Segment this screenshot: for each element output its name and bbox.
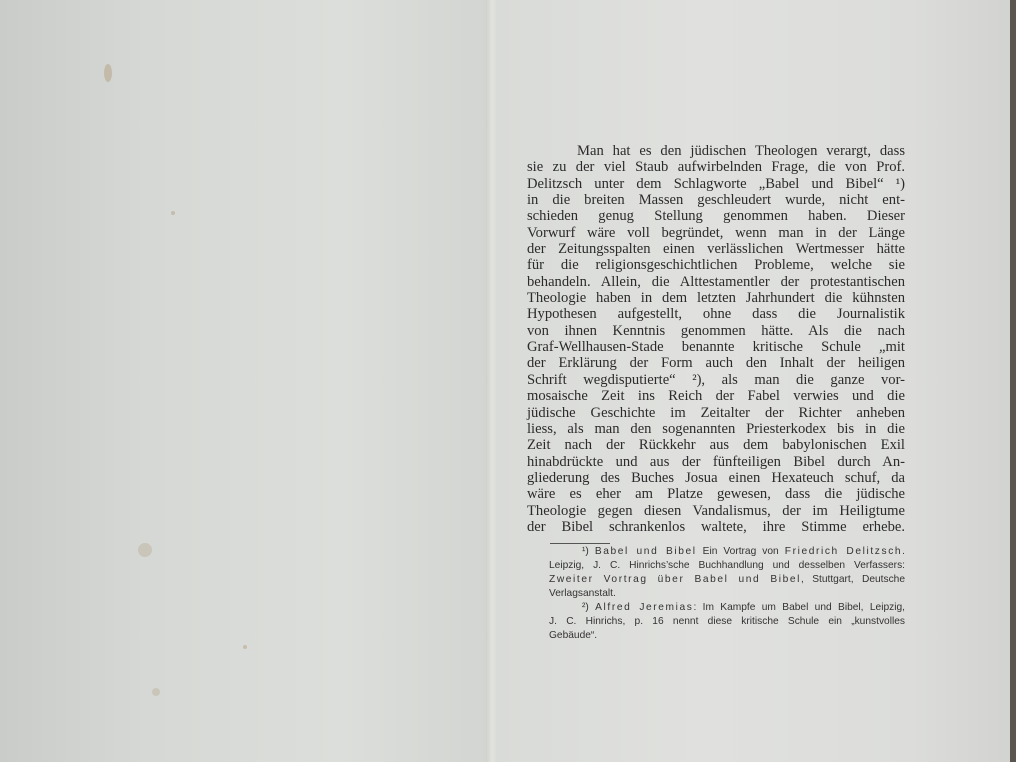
body-line: behandeln. Allein, die Alttestamentler d…: [527, 274, 905, 290]
body-line: gliederung des Buches Josua einen Hexate…: [527, 470, 905, 486]
footnote-text: : Im Kampfe um Babel und Bibel, Leipzig,: [693, 602, 905, 613]
body-text: Man hat es den jüdischen Theologen verar…: [527, 143, 905, 535]
body-line: Delitzsch unter dem Schlagworte „Babel u…: [527, 176, 905, 192]
footnote-text: Ein Vortrag von: [697, 546, 785, 557]
body-line: wäre es eher am Platze gewesen, dass die…: [527, 486, 905, 502]
foxing-spot: [171, 211, 175, 215]
book-spread: ​ Man hat es den jüdischen Theologen ver…: [0, 0, 1016, 762]
foxing-spot: [104, 64, 112, 82]
footnote-author: Friedrich Delitzsch: [785, 546, 902, 557]
page-edge-shadow: [1010, 0, 1016, 762]
footnote-2-line: Gebäude“.: [549, 629, 905, 643]
body-line: schieden genug Stellung genommen haben. …: [527, 208, 905, 224]
footnote-1-line: Verlagsanstalt.: [549, 587, 905, 601]
footnote-text: .: [902, 546, 905, 557]
foxing-spot: [243, 645, 247, 649]
footnote-1-line: Leipzig, J. C. Hinrichs’sche Buchhandlun…: [549, 559, 905, 573]
footnote-marker: ¹): [582, 546, 589, 557]
body-line: sie zu der viel Staub aufwirbelnden Frag…: [527, 159, 905, 175]
footnote-author: Alfred Jeremias: [595, 602, 693, 613]
body-line: für die religionsgeschichtlichen Problem…: [527, 257, 905, 273]
body-line: Hypothesen aufgestellt, ohne dass die Jo…: [527, 306, 905, 322]
footnote-title: Babel und Bibel: [595, 546, 697, 557]
body-line: mosaische Zeit ins Reich der Fabel verwi…: [527, 388, 905, 404]
footnote-1-line: Zweiter Vortrag über Babel und Bibel, St…: [549, 573, 905, 587]
foxing-spot: [138, 543, 152, 557]
body-line: liess, als man den sogenannten Priesterk…: [527, 421, 905, 437]
body-line: Vorwurf wäre voll begründet, wenn man in…: [527, 225, 905, 241]
footnote-1-line: ¹) Babel und Bibel Ein Vortrag von Fried…: [549, 545, 905, 559]
footnote-rule: [550, 543, 610, 544]
body-line: Man hat es den jüdischen Theologen verar…: [527, 143, 905, 159]
footnote-title: Zweiter Vortrag über Babel und Bibel: [549, 574, 801, 585]
footnotes: ¹) Babel und Bibel Ein Vortrag von Fried…: [549, 545, 905, 643]
body-line: der Erklärung der Form auch den Inhalt d…: [527, 355, 905, 371]
body-line: in die breiten Massen geschleudert wurde…: [527, 192, 905, 208]
body-line: der Zeitungsspalten einen verlässlichen …: [527, 241, 905, 257]
body-line: Theologie haben in dem letzten Jahrhunde…: [527, 290, 905, 306]
body-line: hinabdrückte und aus der fünfteiligen Bi…: [527, 454, 905, 470]
footnote-marker: ²): [582, 602, 589, 613]
footnote-2-line: ²) Alfred Jeremias: Im Kampfe um Babel u…: [549, 601, 905, 615]
body-line: Theologie gegen diesen Vandalismus, der …: [527, 503, 905, 519]
body-line: von ihnen Kenntnis genommen hätte. Als d…: [527, 323, 905, 339]
body-line: Schrift wegdisputierte“ ²), als man die …: [527, 372, 905, 388]
foxing-spot: [152, 688, 160, 696]
body-line: jüdische Geschichte im Zeitalter der Ric…: [527, 405, 905, 421]
footnote-text: , Stuttgart, Deutsche: [801, 574, 905, 585]
body-line: Graf-Wellhausen-Stade benannte kritische…: [527, 339, 905, 355]
left-page: ​: [0, 0, 488, 762]
body-line: Zeit nach der Rückkehr aus dem babylonis…: [527, 437, 905, 453]
body-line: der Bibel schrankenlos waltete, ihre Sti…: [527, 519, 905, 535]
footnote-2-line: J. C. Hinrichs, p. 16 nennt diese kritis…: [549, 615, 905, 629]
